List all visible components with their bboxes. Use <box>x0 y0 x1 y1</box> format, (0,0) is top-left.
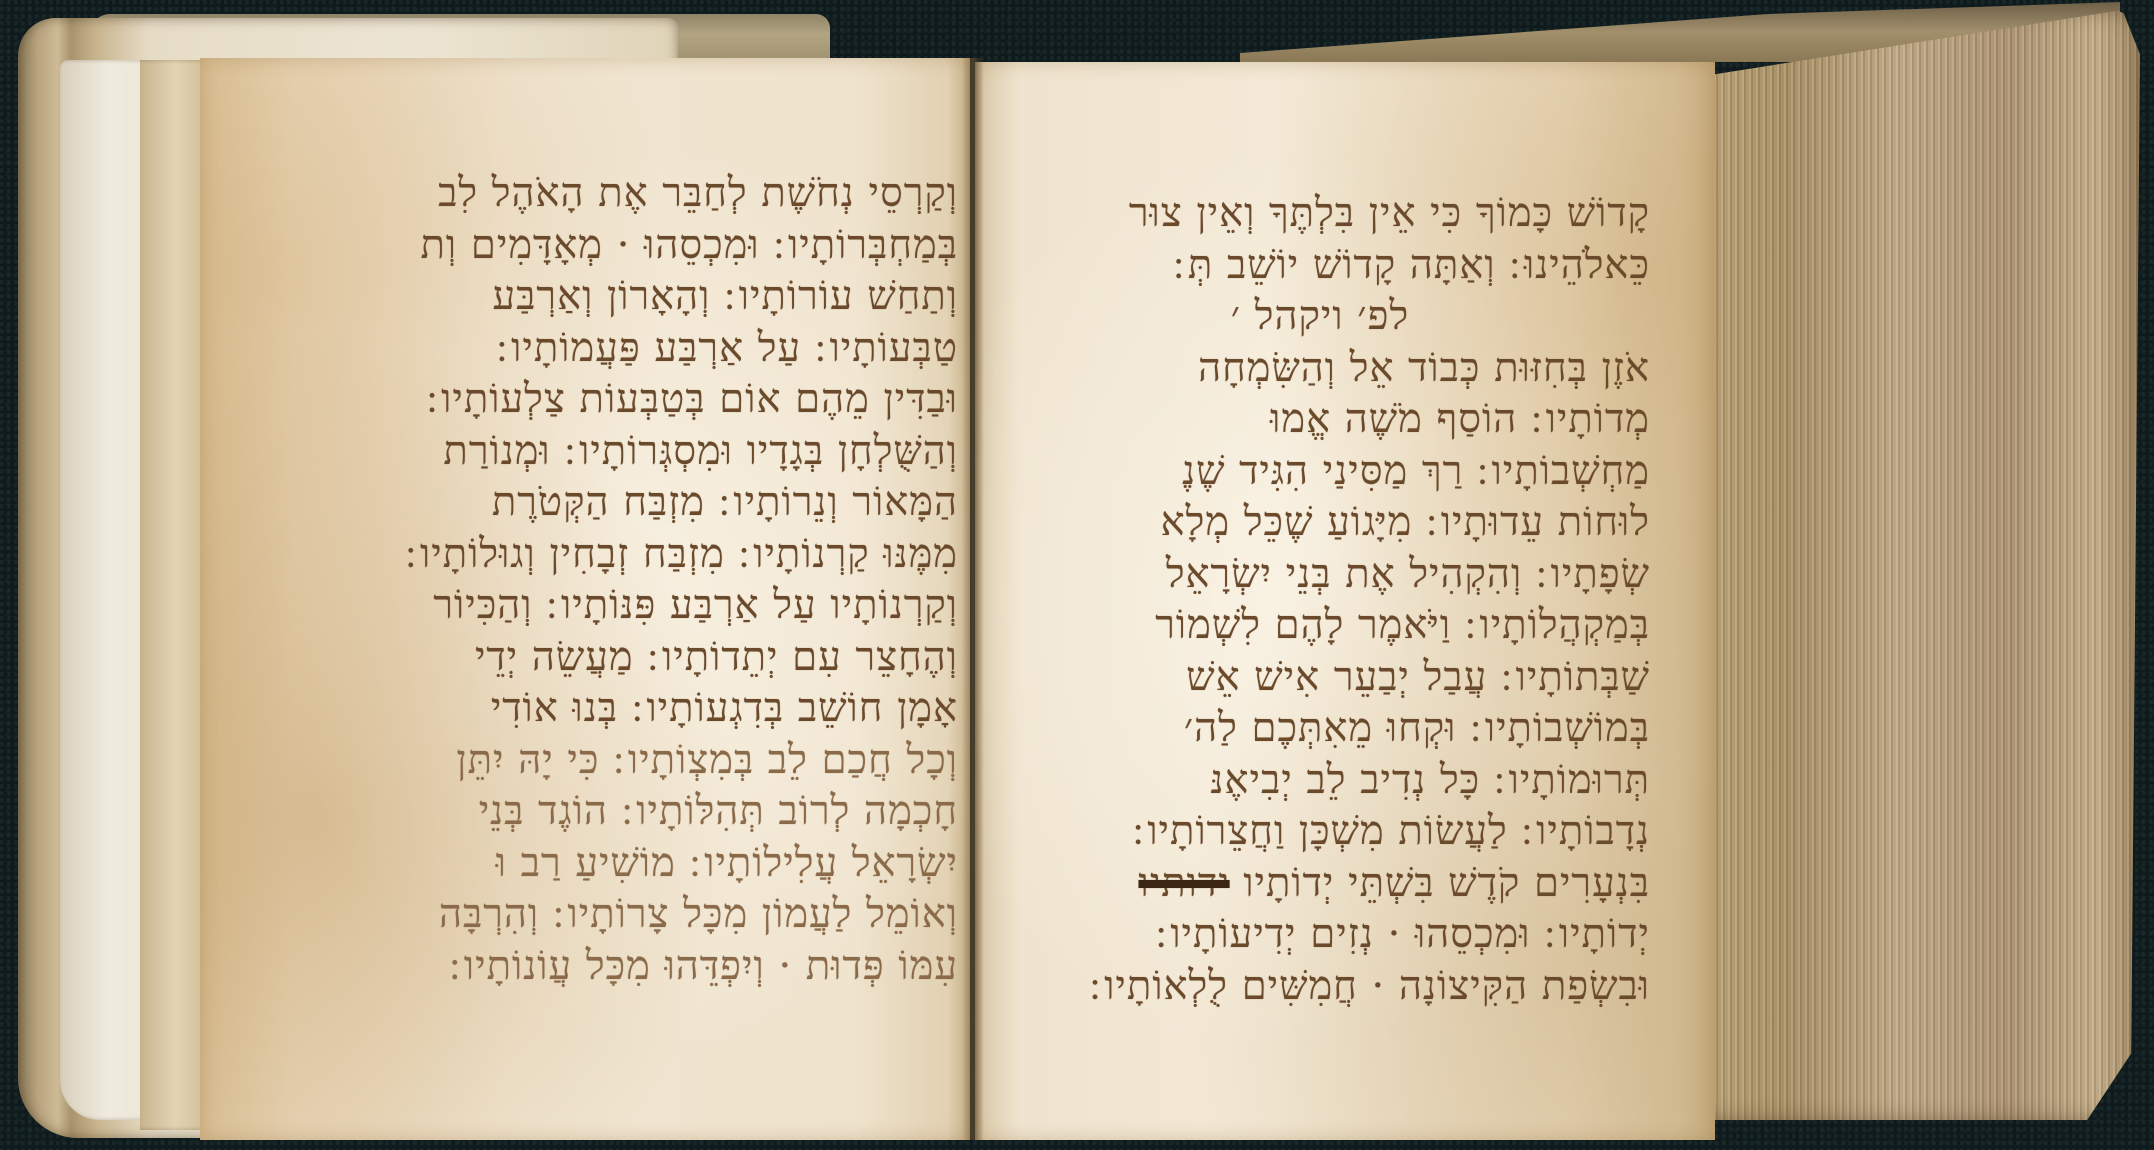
manuscript-line: חָכְמָה לְרוֹב תְּהִלּוֹתָיו ׃ הוֹגֶד בְ… <box>258 786 958 838</box>
manuscript-line: בְּמַחְבְּרוֹתָיו ׃ וּמִכְסֵהוּ · מְאָדָ… <box>258 220 958 272</box>
manuscript-line: שְׂפָתָיו ׃ וְהִקְהִיל אֶת בְּנֵי יִשְׂר… <box>990 549 1650 601</box>
manuscript-line: וְאוֹמֵל לַעֲמוֹן מִכָּל צָרוֹתָיו ׃ וְה… <box>258 889 958 941</box>
right-page-text: קָדוֹשׁ כָּמוֹךָ כִּי אֵין בִּלְתֶּךָ וְ… <box>990 188 1650 1012</box>
page-block-fore-edge <box>1700 10 2140 1120</box>
manuscript-line: וּבַדִּין מֵהֶם אוֹם בְּטַבְּעוֹת צַלְעו… <box>258 374 958 426</box>
manuscript-line: יְדוֹתָיו ׃ וּמִכְסֵהוּ · נְזִים יְדִיעו… <box>990 909 1650 961</box>
book-gutter <box>962 58 984 1140</box>
manuscript-line: וְקַרְסֵי נְחֹשֶׁת לְחַבֵּר אֶת הָאֹהֶל … <box>258 168 958 220</box>
manuscript-line: וְהַשֻּׁלְחָן בְּגָדָיו וּמִסְגְּרוֹתָיו… <box>258 426 958 478</box>
manuscript-line: אֹזֶן בְּחִזּוּת כְּבוֹד אֵל וְהַשִּׂמְח… <box>990 343 1650 395</box>
manuscript-line: אָמָן חוֹשֵׁב בְּדִגְעוֹתָיו ׃ בְּנוּ או… <box>258 683 958 735</box>
manuscript-line: כֵּאלֹהֵינוּ ׃ וְאַתָּה קָדוֹשׁ יוֹשֵׁב … <box>990 240 1650 292</box>
manuscript-line: מִמֶּנּוּ קַרְנוֹתָיו ׃ מִזְבַּח זְבָחִי… <box>258 529 958 581</box>
manuscript-line: עִמּוֹ פְּדוּת · וְיִפְדֵּהוּ מִכָּל עֲו… <box>258 941 958 993</box>
manuscript-line-text: בִּנְעָרִים קֹדֶשׁ בִּשְׁתֵּי יְדוֹתָיו <box>1243 860 1650 906</box>
struck-word: ידותיו <box>1139 860 1230 906</box>
manuscript-line-with-strike: בִּנְעָרִים קֹדֶשׁ בִּשְׁתֵּי יְדוֹתָיו … <box>990 858 1650 910</box>
manuscript-line: הַמָּאוֹר וְנֵרוֹתָיו ׃ מִזְבַּח הַקְּטֹ… <box>258 477 958 529</box>
manuscript-line: תְּרוּמוֹתָיו ׃ כָּל נְדִיב לֵב יְבִיאֶנ… <box>990 755 1650 807</box>
manuscript-line: בְּמַקְהֲלוֹתָיו ׃ וַיֹּאמֶר לָהֶם לִשְׁ… <box>990 600 1650 652</box>
manuscript-line: וְתַחַשׁ עוֹרוֹתָיו ׃ וְהָאָרוֹן וְאַרְב… <box>258 271 958 323</box>
manuscript-line: יִשְׂרָאֵל עֲלִילוֹתָיו ׃ מוֹשִׁיעַ רַב … <box>258 838 958 890</box>
manuscript-line: לוּחוֹת עֵדוּתָיו ׃ מִיָּגוֹעַ שֶׁכֵּל מ… <box>990 497 1650 549</box>
manuscript-line: שַׁבְּתוֹתָיו ׃ עֲבַל יְבַעֵר אִישׁ אֵשׁ <box>990 652 1650 704</box>
manuscript-line: וְכָל חֲכַם לֵב בְּמִצְוֹתָיו ׃ כִּי יָה… <box>258 735 958 787</box>
manuscript-line: וּבִשְׂפַת הַקִּיצוֹנָה · חֲמִשִּׁים לֻל… <box>990 961 1650 1013</box>
manuscript-line: בְּמוֹשְׁבוֹתָיו ׃ וּקְחוּ מֵאִתְּכֶם לַ… <box>990 703 1650 755</box>
manuscript-line: טַבְּעוֹתָיו ׃ עַל אַרְבַּע פַּעֲמוֹתָיו… <box>258 323 958 375</box>
manuscript-line: נְדָבוֹתָיו ׃ לַעֲשׂוֹת מִשְׁכָּן וַחֲצֵ… <box>990 806 1650 858</box>
manuscript-line: קָדוֹשׁ כָּמוֹךָ כִּי אֵין בִּלְתֶּךָ וְ… <box>990 188 1650 240</box>
manuscript-line: וְהֶחָצֵר עִם יְתֵדוֹתָיו ׃ מַעֲשֵׂה יְד… <box>258 632 958 684</box>
manuscript-line: וְקַרְנוֹתָיו עַל אַרְבַּע פִּנּוֹתָיו ׃… <box>258 580 958 632</box>
section-heading: לפ׳ ויקהל ׳ <box>990 291 1650 343</box>
manuscript-line: מַחְשְׁבוֹתָיו ׃ רַךְ מַסִּינַי הִגִּיד … <box>990 446 1650 498</box>
left-page-text: וְקַרְסֵי נְחֹשֶׁת לְחַבֵּר אֶת הָאֹהֶל … <box>258 168 958 992</box>
manuscript-line: מְדוֹתָיו ׃ הוֹסַף מֹשֶׁה אֱמוּ <box>990 394 1650 446</box>
